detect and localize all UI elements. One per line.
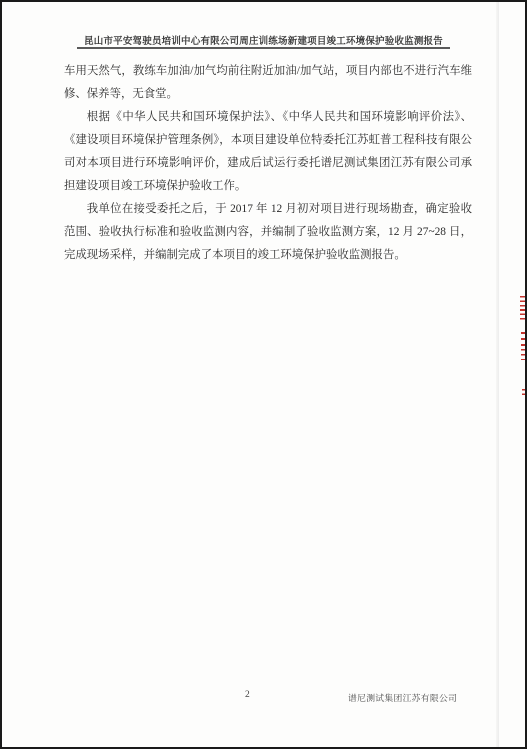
paragraph: 我单位在接受委托之后，于 2017 年 12 月初对项目进行现场勘查，确定验收范… [64, 198, 472, 267]
red-stamp-fragment [520, 296, 525, 320]
scan-edge-shadow [496, 2, 499, 747]
red-stamp-fragment [521, 332, 525, 346]
page-number: 2 [245, 690, 250, 700]
red-stamp-fragment [521, 349, 525, 360]
footer-company: 谱尼测试集团江苏有限公司 [348, 691, 457, 704]
paragraph: 车用天然气，教练车加油/加气均前往附近加油/加气站，项目内部也不进行汽车维修、保… [64, 60, 472, 106]
red-stamp-fragment [522, 389, 525, 398]
paragraph: 根据《中华人民共和国环境保护法》、《中华人民共和国环境影响评价法》、《建设项目环… [64, 106, 472, 198]
report-body: 车用天然气，教练车加油/加气均前往附近加油/加气站，项目内部也不进行汽车维修、保… [64, 60, 472, 267]
report-footer: 2 谱尼测试集团江苏有限公司 [2, 688, 525, 708]
scan-frame: 昆山市平安驾驶员培训中心有限公司周庄训练场新建项目竣工环境保护验收监测报告 车用… [0, 0, 527, 749]
report-page: 昆山市平安驾驶员培训中心有限公司周庄训练场新建项目竣工环境保护验收监测报告 车用… [2, 2, 525, 747]
header-title: 昆山市平安驾驶员培训中心有限公司周庄训练场新建项目竣工环境保护验收监测报告 [42, 33, 485, 47]
header-rule [77, 47, 450, 49]
